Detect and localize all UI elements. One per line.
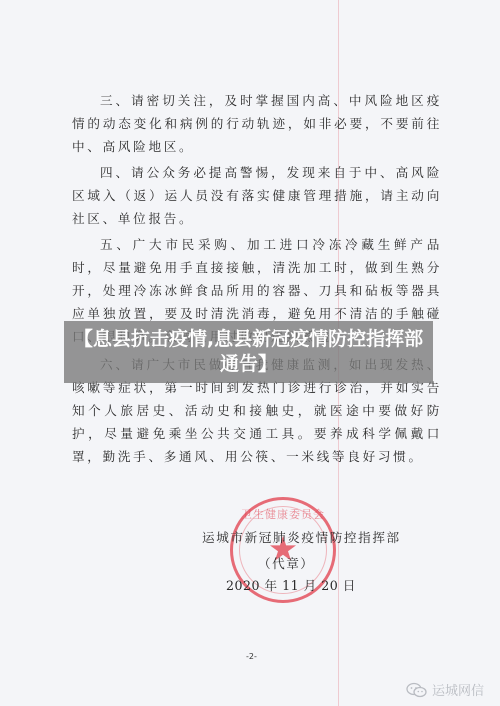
banner-title: 【息县抗击疫情,息县新冠疫情防控指挥部通告】 [64, 327, 433, 377]
signature-date: 2020 年 11 月 20 日 [226, 575, 356, 594]
paragraph-3: 三、请密切关注，及时掌握国内高、中风险地区疫情的动态变化和病例的行动轨迹，如非必… [72, 89, 442, 158]
signature-organization: 运城市新冠肺炎疫情防控指挥部 [202, 527, 401, 546]
paragraph-4: 四、请公众务必提高警惕，发现来自于中、高风险区域入（返）运人员没有落实健康管理措… [72, 161, 442, 230]
page-number: -2- [246, 652, 257, 661]
stamp-text: 卫生健康委员会 [233, 506, 333, 522]
watermark-label: 运城网信 [432, 680, 484, 699]
watermark: 运城网信 [406, 680, 484, 699]
signature-seal-note: （代章） [258, 553, 314, 572]
wechat-icon [406, 682, 428, 698]
title-banner: 【息县抗击疫情,息县新冠疫情防控指挥部通告】 [64, 321, 433, 383]
